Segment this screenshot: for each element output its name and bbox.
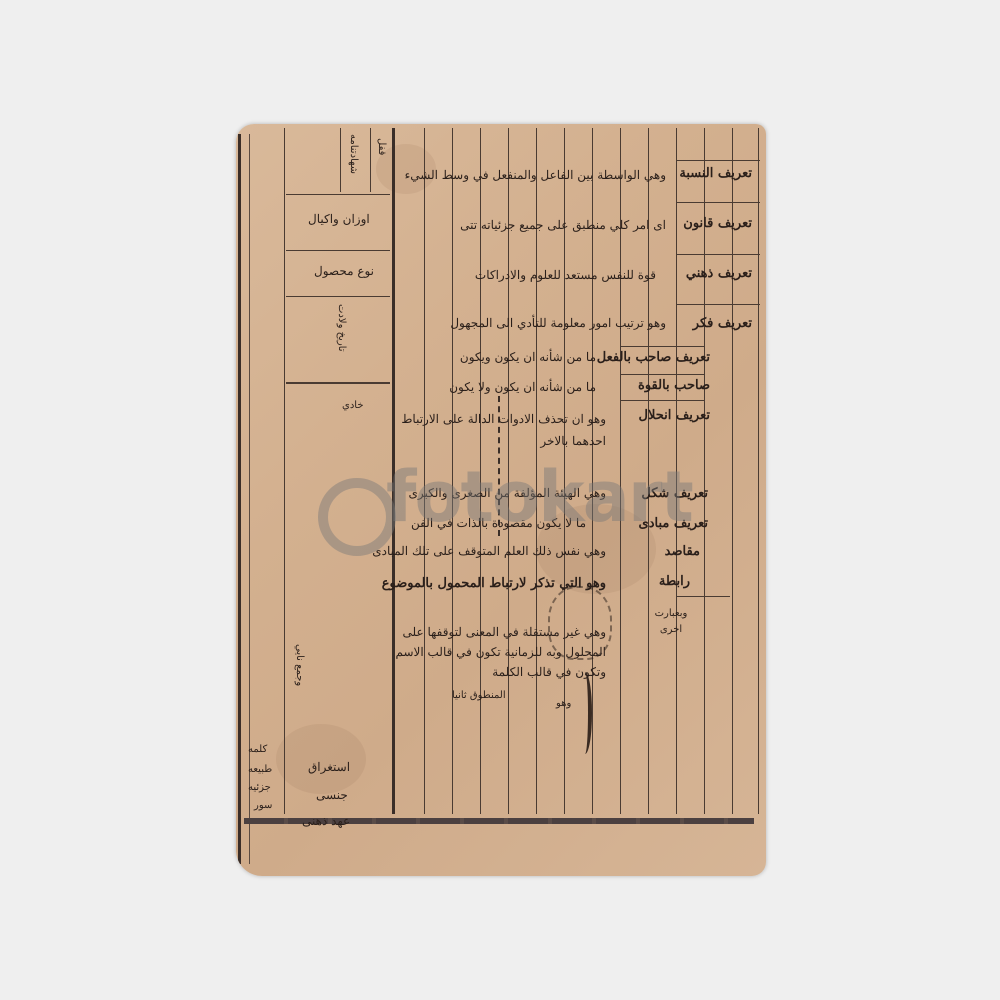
definition-text: وهو التي تذكر لارتباط المحمول بالموضوع <box>382 576 606 591</box>
definition-term: تعريف صاحب بالفعل <box>597 350 710 365</box>
definition-text: وهي الواسطة بين الفاعل والمنفعل في وسط ا… <box>405 168 666 182</box>
row-rule <box>676 202 760 203</box>
margin-note: سور <box>254 800 272 811</box>
definition-text: قوة للنفس مستعد للعلوم والادراكات <box>475 268 656 282</box>
field-label-khadi: خادي <box>342 400 364 411</box>
field-label-weights: اوزان واكيال <box>308 212 370 226</box>
definition-text: وهو ان تحذف الادوات الدالة على الارتباط … <box>386 408 606 452</box>
note: وجمع نايي <box>294 644 305 686</box>
margin-note: طبيعه <box>248 764 272 775</box>
definition-term: تعريف قانون <box>683 216 752 231</box>
note: عهد ذهنى <box>302 814 350 828</box>
row-rule <box>620 400 704 401</box>
header-label: قفل <box>376 138 387 155</box>
column-rule <box>340 128 341 192</box>
definition-term: وبعبارت اخرى <box>646 606 696 638</box>
watermark-copyright-icon <box>318 478 396 556</box>
paper-stain <box>276 724 366 794</box>
definition-text: وهي نفس ذلك العلم المتوقف على تلك المباد… <box>372 544 606 558</box>
row-rule <box>286 382 390 384</box>
row-rule <box>620 346 704 347</box>
definition-text: اى امر كلي منطبق على جميع جزئياته تتى <box>460 218 666 232</box>
definition-text: وهو ترتيب امور معلومة للتأدي الى المجهول <box>450 316 666 330</box>
field-label-birthdate: تاريخ ولادت <box>336 304 347 351</box>
bottom-note: المنطوق ثانيا <box>452 690 506 701</box>
definition-term: تعريف فكر <box>693 316 752 331</box>
column-rule <box>758 128 759 814</box>
ink-stroke <box>578 672 592 754</box>
definition-text: ما من شأنه ان يكون ويكون <box>460 350 596 364</box>
definition-term: صاحب بالقوة <box>638 378 710 393</box>
definition-term: تعريف ذهني <box>686 266 752 281</box>
column-rule <box>370 128 371 192</box>
row-rule <box>286 250 390 251</box>
definition-term: مقاصد <box>665 544 700 559</box>
row-rule <box>620 374 704 375</box>
row-rule <box>286 194 390 195</box>
watermark: fotokart <box>386 456 692 538</box>
row-rule <box>286 296 390 297</box>
definition-term: تعريف النسبة <box>679 166 752 181</box>
margin-note: كلمه <box>248 744 267 755</box>
field-label-product: نوع محصول <box>314 264 374 278</box>
note: استغراق <box>308 760 350 774</box>
definition-term: تعريف انحلال <box>639 408 711 423</box>
definition-text: ما من شأنه ان يكون ولا يكون <box>449 380 596 394</box>
row-rule <box>676 304 760 305</box>
definition-term: رابطة <box>659 574 690 589</box>
row-rule <box>676 254 760 255</box>
column-rule <box>284 128 285 814</box>
row-rule <box>676 596 730 597</box>
definition-text: وهي غير مستقلة في المعنى لتوقفها على الم… <box>376 622 606 682</box>
bottom-note: وهو <box>556 698 571 709</box>
margin-note: جزئيه <box>248 782 271 793</box>
row-rule <box>676 160 760 161</box>
note: جنسى <box>316 788 348 802</box>
header-label: شهادتنامه <box>348 134 359 174</box>
